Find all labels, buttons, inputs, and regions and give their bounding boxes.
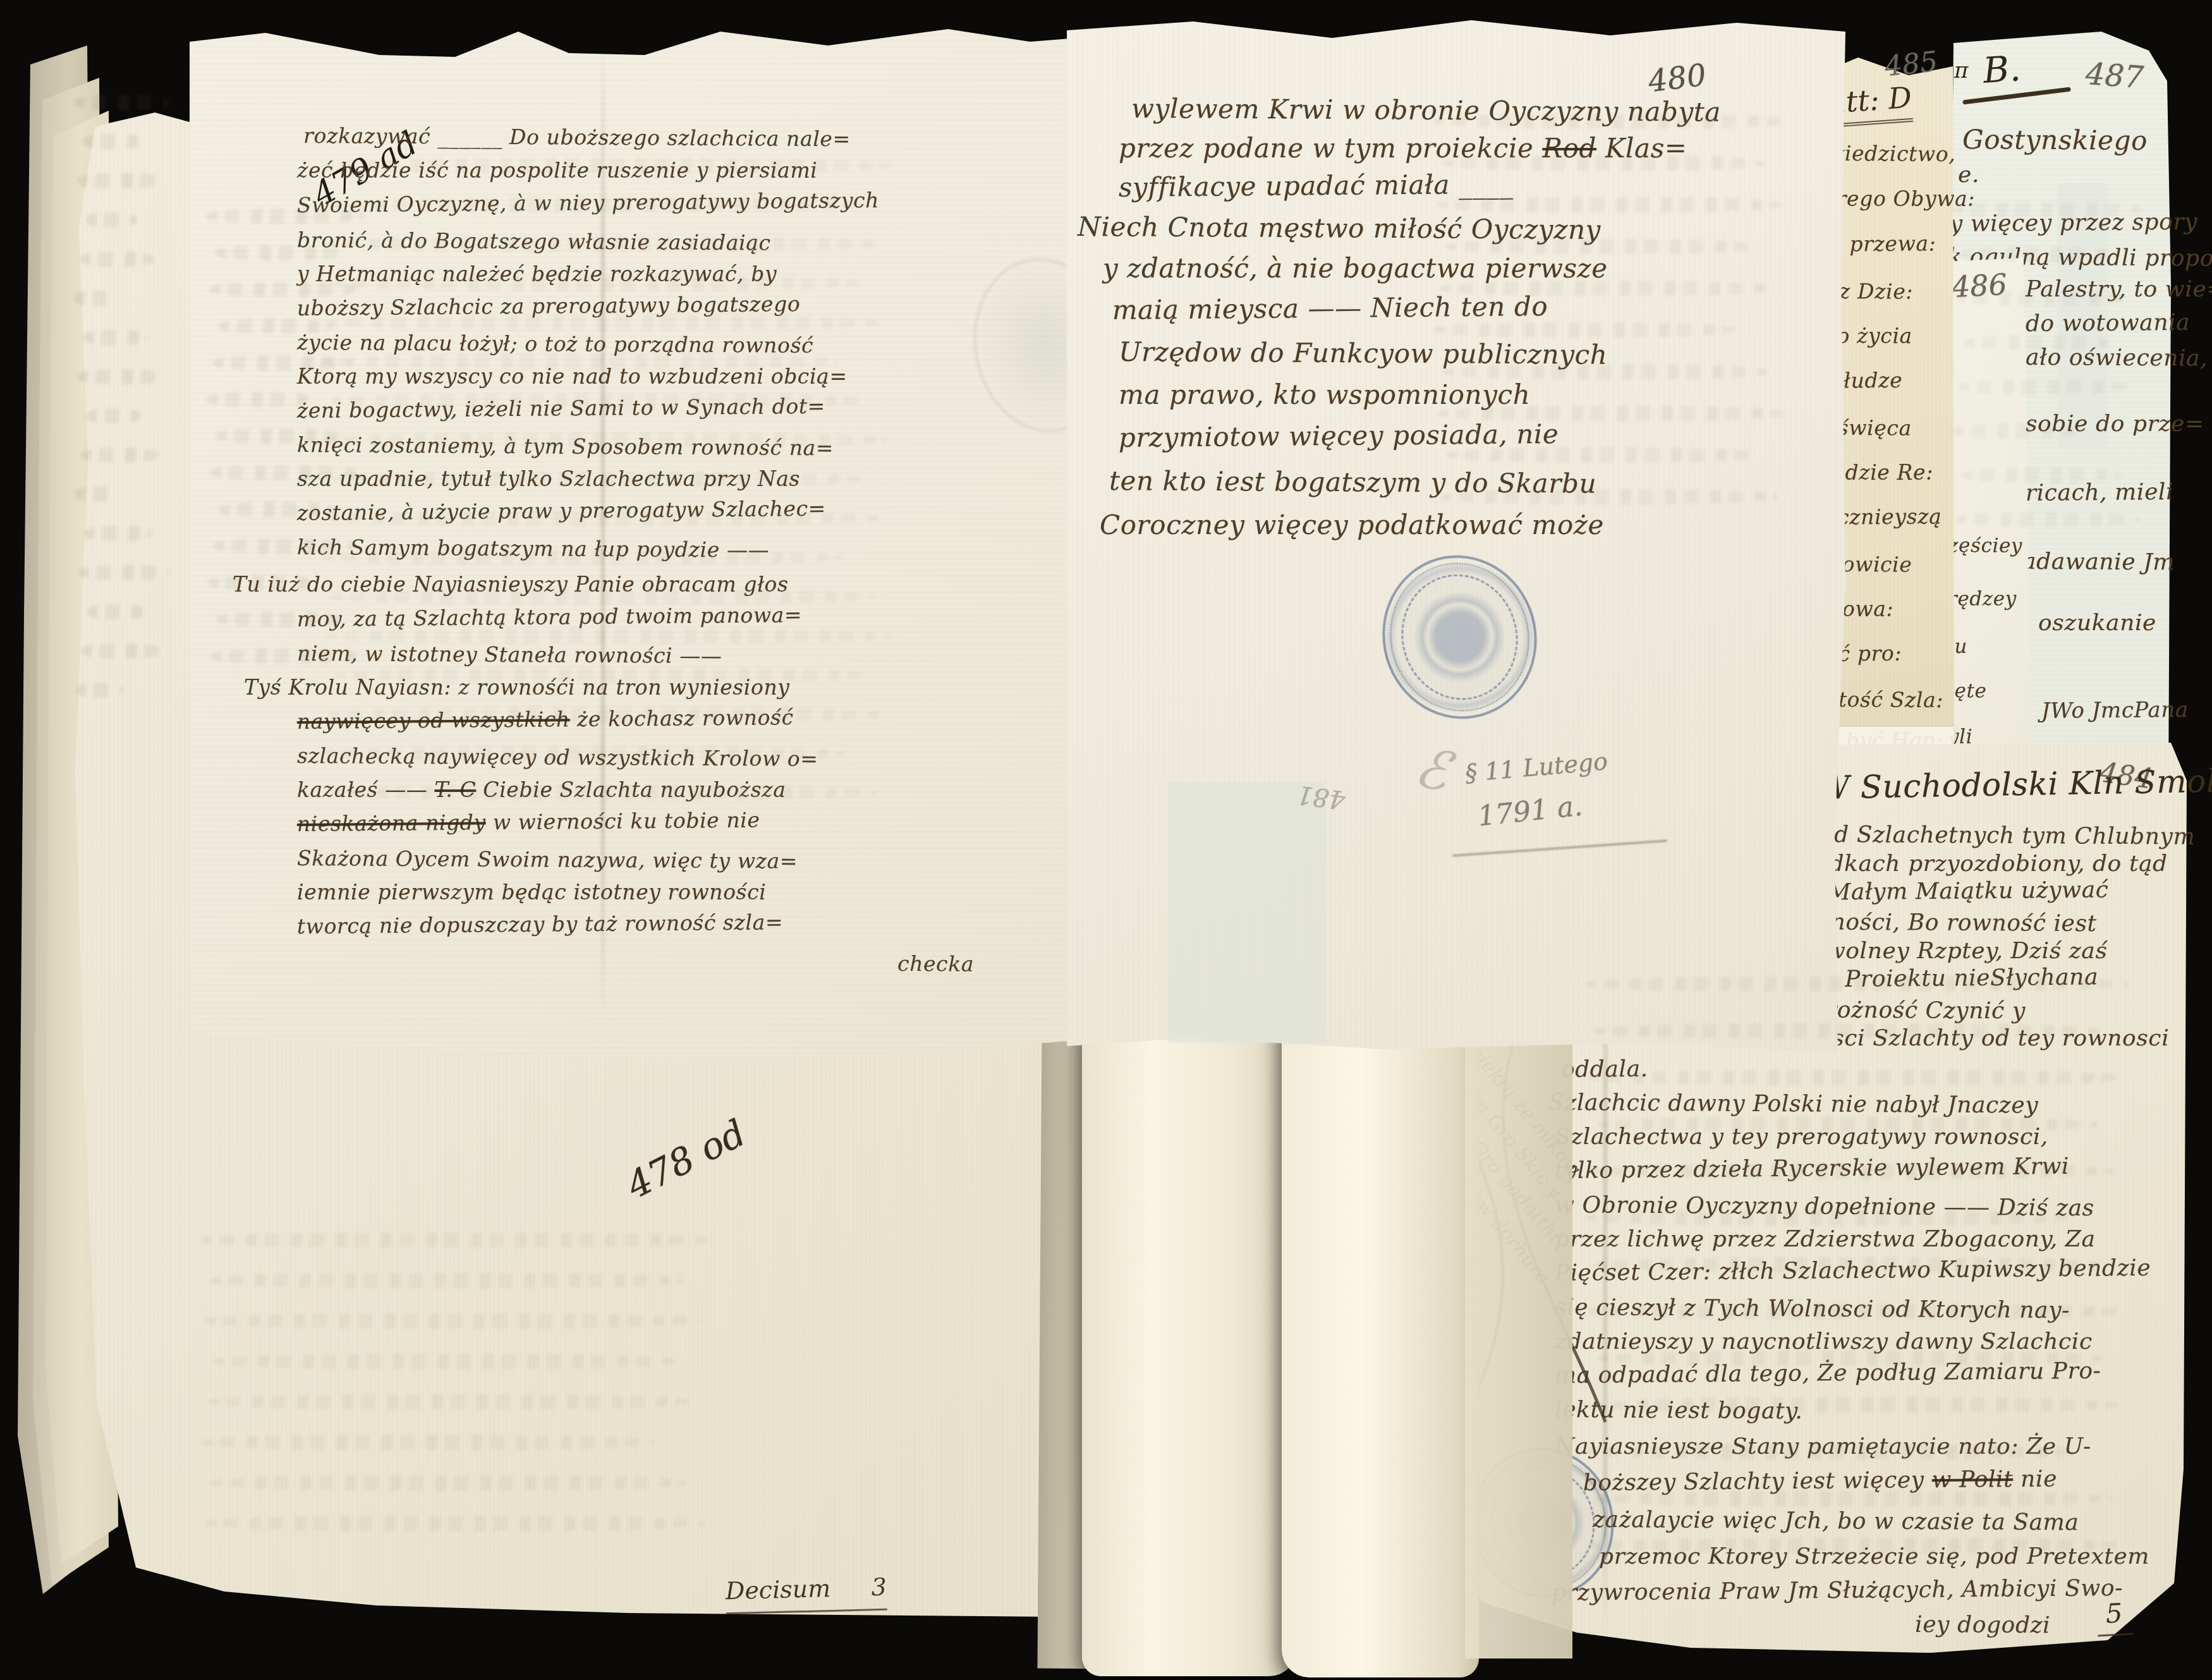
bleedthrough-text-ghost xyxy=(328,315,877,330)
bleedthrough-text-ghost xyxy=(83,134,144,149)
bleedthrough-text-ghost xyxy=(329,707,884,722)
bleedthrough-text-ghost xyxy=(81,447,159,463)
bleedthrough-text-ghost xyxy=(335,667,866,683)
curled-leaf xyxy=(1282,1021,1479,1677)
bleedthrough-text-ghost xyxy=(331,393,870,408)
bleedthrough-text-ghost xyxy=(216,245,340,260)
bleedthrough-text-ghost xyxy=(211,648,365,664)
bleedthrough-text-ghost xyxy=(1592,1164,2115,1179)
bleedthrough-text-ghost xyxy=(210,1273,683,1288)
bleedthrough-text-ghost xyxy=(331,197,866,212)
bleedthrough-text-ghost xyxy=(325,236,884,252)
bleedthrough-text-ghost xyxy=(1586,1210,2076,1226)
bleedthrough-text-ghost xyxy=(84,526,152,541)
bleedthrough-text-ghost xyxy=(1595,1257,2108,1272)
curled-leaf-edge xyxy=(1465,1034,1572,1659)
bleedthrough-text-ghost xyxy=(219,319,333,334)
bleedthrough-text-ghost xyxy=(332,589,873,604)
bleedthrough-text-ghost xyxy=(1595,1023,2105,1038)
bleedthrough-text-ghost xyxy=(214,1354,676,1369)
archival-scan-canvas: 478 od Decisum 3 π B. 487 Gostynskiegoe.… xyxy=(0,0,2212,1680)
bleedthrough-text-ghost xyxy=(1962,468,2121,483)
bleedthrough-text-ghost xyxy=(207,392,312,407)
bleedthrough-text-ghost xyxy=(326,628,891,643)
bleedthrough-text-ghost xyxy=(214,539,355,554)
bleedthrough-text-ghost xyxy=(1952,202,2142,217)
bleedthrough-text-ghost xyxy=(208,575,315,590)
bleedthrough-text-ghost xyxy=(1446,239,1756,254)
bleedthrough-text-ghost xyxy=(86,212,137,228)
bleedthrough-text-ghost xyxy=(87,408,141,423)
bleedthrough-text-ghost xyxy=(75,291,116,306)
bleedthrough-text-ghost xyxy=(216,429,344,444)
bleedthrough-text-ghost xyxy=(325,432,887,447)
bleedthrough-text-ghost xyxy=(1443,364,1767,379)
bleedthrough-text-ghost xyxy=(1956,512,2139,527)
bleedthrough-text-ghost xyxy=(77,173,162,188)
bleedthrough-text-ghost xyxy=(211,1475,686,1490)
curled-leaf xyxy=(1082,1024,1297,1676)
bleedthrough-text-ghost xyxy=(1434,114,1788,129)
bleedthrough-text-ghost xyxy=(324,746,845,761)
bleedthrough-text-ghost xyxy=(1961,247,2117,262)
bleedthrough-text-ghost xyxy=(219,502,337,517)
bleedthrough-text-ghost xyxy=(1587,1444,2080,1459)
bleedthrough-text-ghost xyxy=(323,550,841,565)
bleedthrough-text-ghost xyxy=(1593,1397,2119,1413)
bleedthrough-text-ghost xyxy=(78,565,169,580)
bleedthrough-text-ghost xyxy=(75,487,119,502)
bleedthrough-text-ghost xyxy=(1955,291,2135,306)
bleedthrough-text-ghost xyxy=(1443,155,1763,171)
bleedthrough-text-ghost xyxy=(207,209,365,224)
bleedthrough-text-ghost xyxy=(205,1516,704,1531)
bleedthrough-text-ghost xyxy=(202,1233,707,1248)
bleedthrough-text-ghost xyxy=(83,330,148,345)
bleedthrough-text-ghost xyxy=(322,354,837,369)
bleedthrough-text-ghost xyxy=(217,612,348,627)
bleedthrough-text-ghost xyxy=(332,785,877,800)
bleedthrough-text-ghost xyxy=(1435,322,1735,338)
bleedthrough-text-ghost xyxy=(76,683,123,698)
bleedthrough-text-ghost xyxy=(1598,1351,2101,1366)
bleedthrough-text-ghost xyxy=(334,472,863,487)
bleedthrough-text-ghost xyxy=(334,276,859,291)
bleedthrough-text-ghost xyxy=(80,252,155,267)
bleedthrough-text-ghost xyxy=(1953,423,2089,439)
bleedthrough-text-ghost xyxy=(329,511,880,526)
bleedthrough-text-ghost xyxy=(208,1394,693,1409)
bleedthrough-text-ghost xyxy=(1964,335,2110,350)
bleedthrough-text-ghost xyxy=(78,369,166,384)
bleedthrough-text-ghost xyxy=(1589,1304,2126,1319)
bleedthrough-text-ghost xyxy=(1438,406,1785,421)
bleedthrough-text-ghost xyxy=(82,643,162,659)
strip-486 xyxy=(1942,258,2031,764)
bleedthrough-text-ghost xyxy=(1959,379,2128,394)
bleedthrough-text-ghost xyxy=(1437,197,1781,212)
bleedthrough-text-ghost xyxy=(87,604,145,619)
bleedthrough-text-ghost xyxy=(1590,1538,2130,1553)
bleedthrough-text-ghost xyxy=(202,1435,654,1450)
bleedthrough-text-ghost xyxy=(74,95,169,110)
bleedthrough-text-ghost xyxy=(1441,489,1778,504)
bleedthrough-text-ghost xyxy=(1586,977,2129,992)
bleedthrough-text-ghost xyxy=(322,158,890,173)
bleedthrough-text-ghost xyxy=(1598,1117,2098,1132)
bleedthrough-text-ghost xyxy=(1440,281,1774,296)
bleedthrough-text-ghost xyxy=(1596,1491,2112,1506)
bleedthrough-text-ghost xyxy=(205,1313,700,1329)
bleedthrough-text-ghost xyxy=(1447,447,1760,463)
bleedthrough-text-ghost xyxy=(1589,1070,2122,1085)
